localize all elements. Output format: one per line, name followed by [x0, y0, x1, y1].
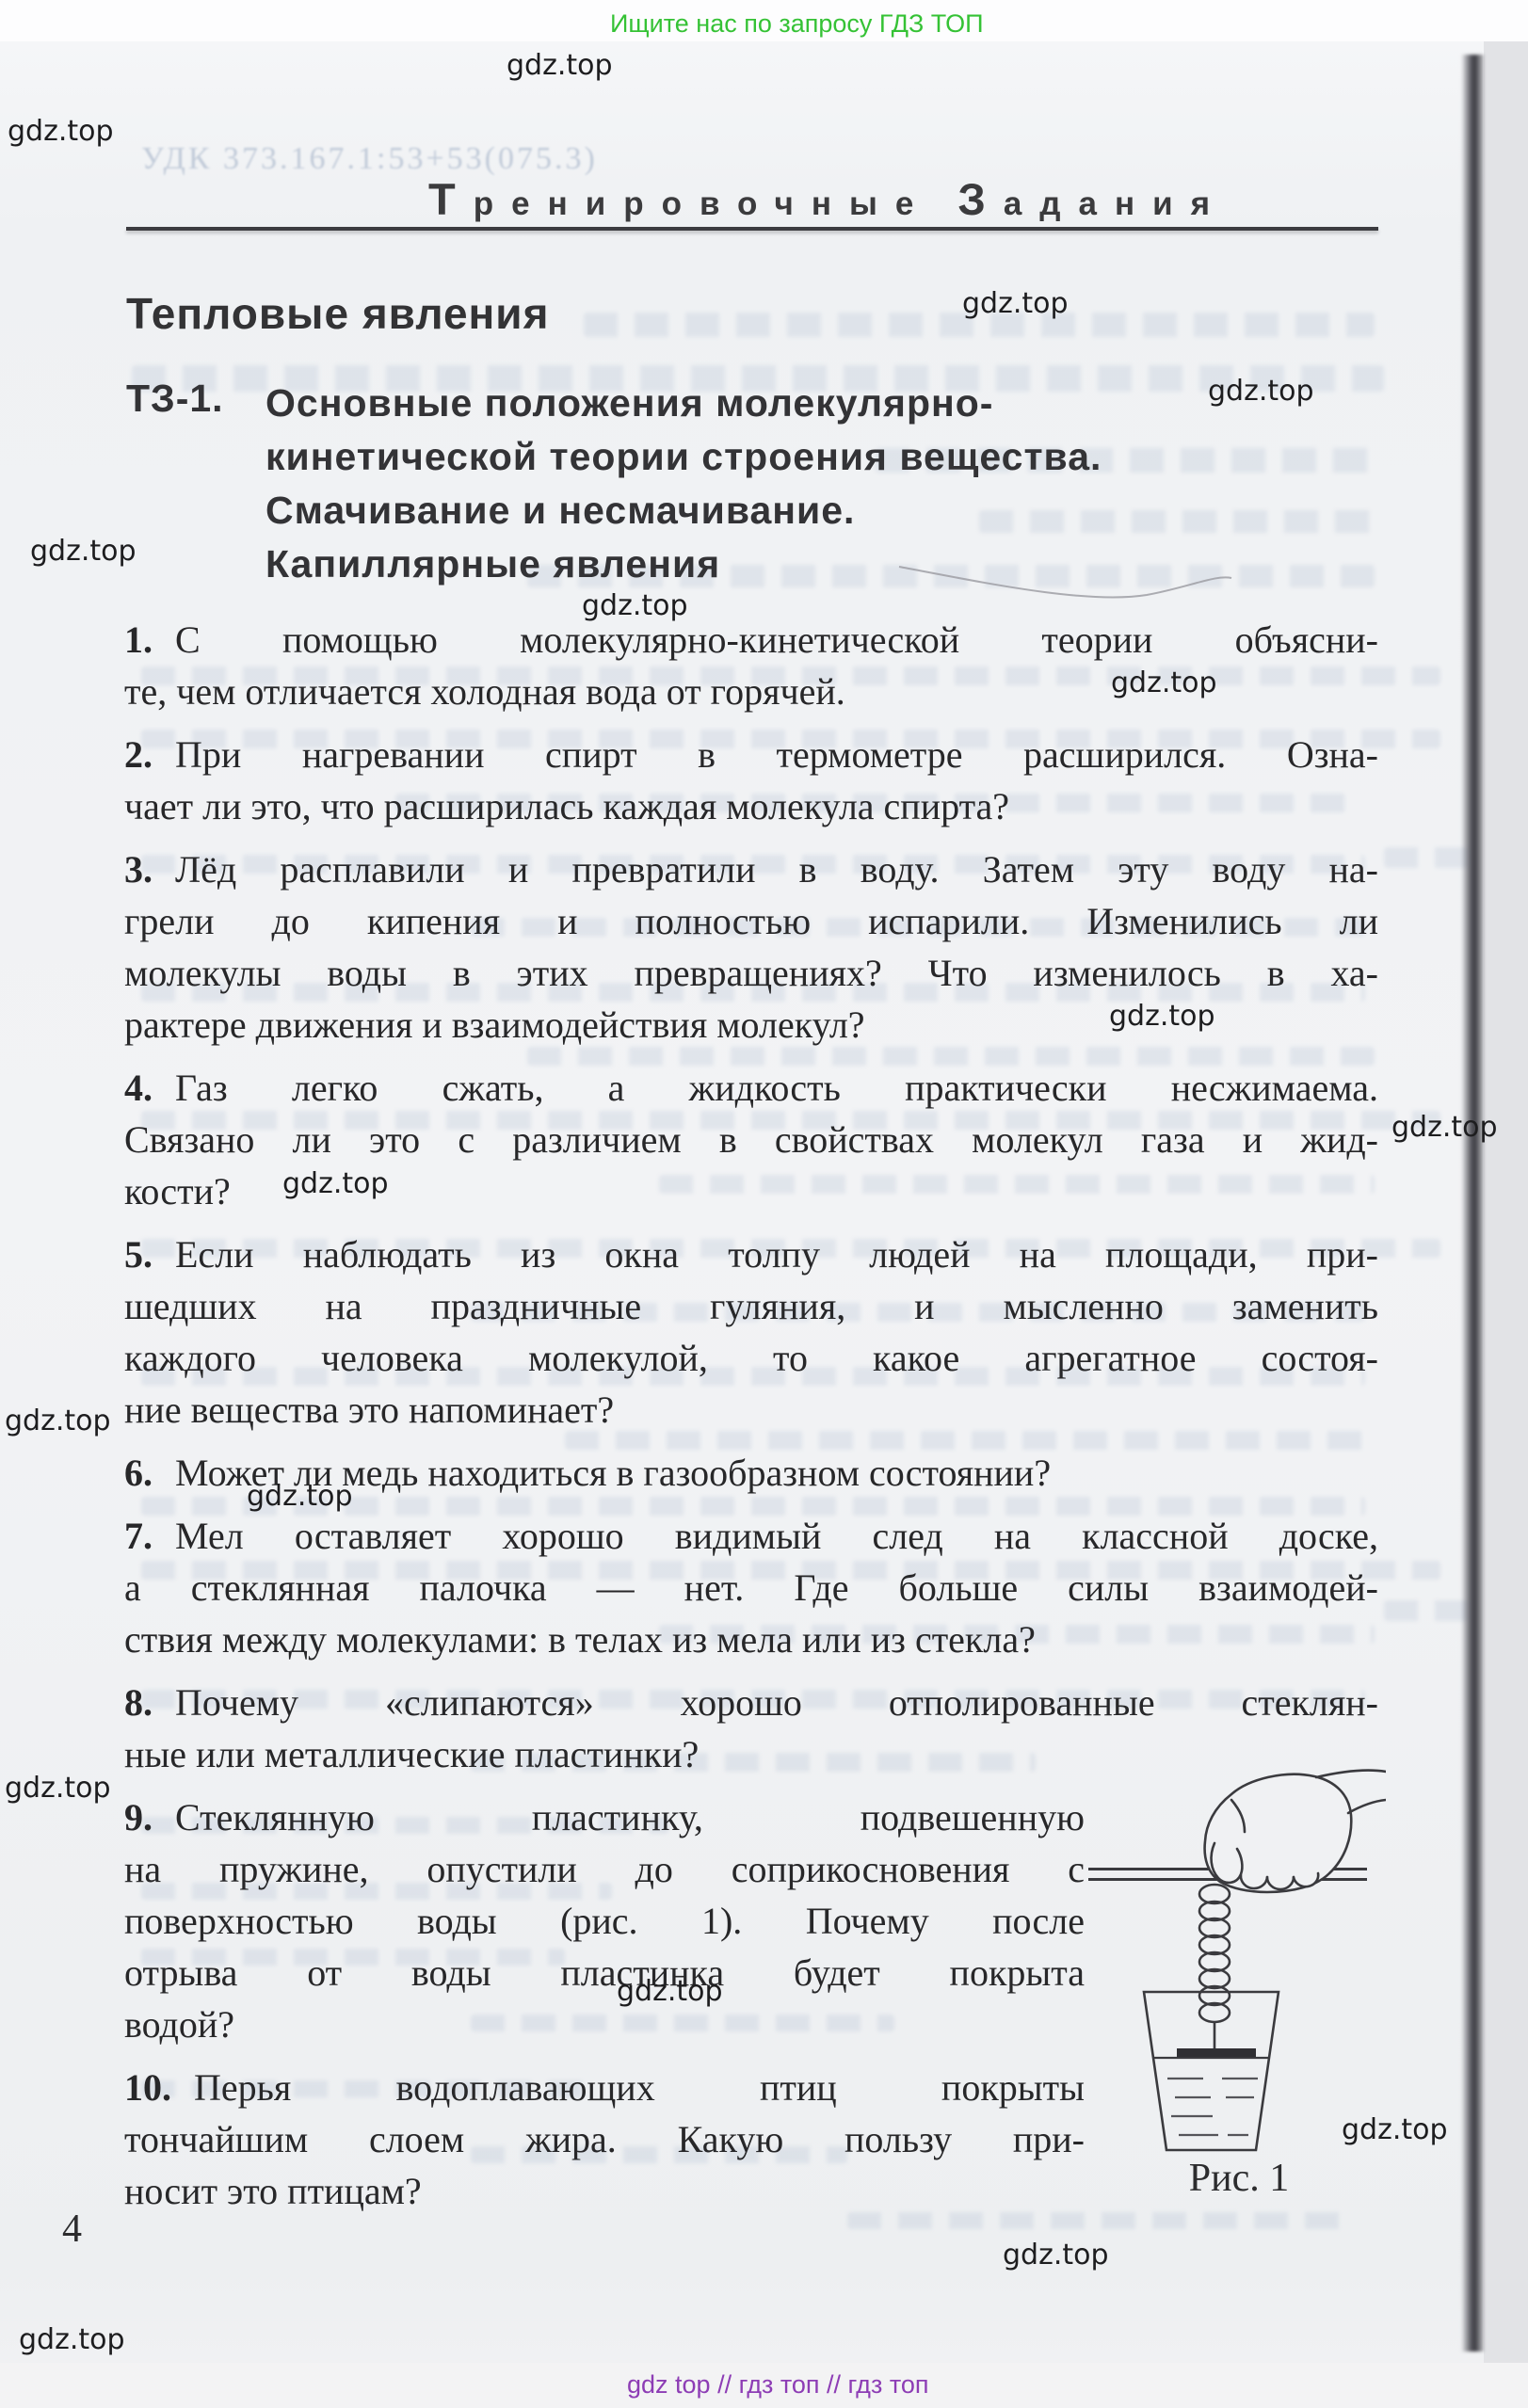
question-line: ствия между молекулами: в телах из мела …	[124, 1613, 1378, 1665]
question-5: 5.Если наблюдать из окна толпу людей на …	[124, 1228, 1378, 1436]
question-number: 1.	[124, 618, 175, 661]
question-line: молекулы воды в этих превращениях? Что и…	[124, 947, 1378, 999]
gdz-watermark: gdz.top	[582, 589, 688, 622]
gdz-watermark: gdz.top	[1003, 2239, 1109, 2272]
question-line: а стеклянная палочка — нет. Где больше с…	[124, 1562, 1378, 1613]
gdz-watermark: gdz.top	[1342, 2113, 1448, 2146]
book-edge-outer	[1484, 41, 1528, 2363]
question-line: 9.Стеклянную пластинку, подвешенную	[124, 1791, 1085, 1843]
header-initial-z: З	[957, 174, 1003, 224]
question-line: 8.Почему «слипаются» хорошо отполированн…	[124, 1677, 1378, 1728]
question-line: на пружине, опустили до соприкосновения …	[124, 1843, 1085, 1895]
page-header-title: ТренировочныеЗадания	[428, 173, 1228, 225]
question-number: 7.	[124, 1515, 175, 1557]
header-word1: ренировочные	[474, 185, 932, 222]
header-rule	[126, 227, 1378, 231]
question-number: 2.	[124, 733, 175, 776]
section-title: Тепловые явления	[126, 288, 549, 339]
question-7: 7.Мел оставляет хорошо видимый след на к…	[124, 1510, 1378, 1665]
question-9: 9.Стеклянную пластинку, подвешеннуюна пр…	[124, 1791, 1085, 2050]
question-number: 8.	[124, 1681, 175, 1724]
question-line: отрыва от воды пластинка будет покрыта	[124, 1947, 1085, 1999]
gdz-watermark: gdz.top	[1111, 666, 1217, 699]
question-line: Связано ли это с различием в свойствах м…	[124, 1114, 1378, 1165]
gdz-watermark: gdz.top	[1391, 1111, 1498, 1144]
gdz-watermark: gdz.top	[5, 1772, 111, 1805]
header-word2: адания	[1004, 185, 1228, 222]
question-line: водой?	[124, 1999, 1085, 2050]
question-line: 2.При нагревании спирт в термометре расш…	[124, 729, 1378, 780]
task-heading: ТЗ-1. Основные положения молекулярно- ки…	[126, 377, 1102, 591]
question-line: поверхностью воды (рис. 1). Почему после	[124, 1895, 1085, 1947]
question-line: 10.Перья водоплавающих птиц покрыты	[124, 2062, 1085, 2113]
promo-banner: Ищите нас по запросу ГДЗ ТОП	[610, 9, 984, 39]
promo-footer: gdz top // гдз топ // гдз топ	[627, 2370, 929, 2400]
question-10: 10.Перья водоплавающих птиц покрытытонча…	[124, 2062, 1085, 2217]
task-heading-text: Основные положения молекулярно- кинетиче…	[265, 377, 1102, 591]
page-number: 4	[62, 2207, 82, 2252]
gdz-watermark: gdz.top	[30, 535, 137, 568]
bleed-noise-stripe	[1384, 847, 1469, 868]
glass-icon	[1144, 1992, 1279, 2150]
scan-bottom-margin: gdz top // гдз топ // гдз топ	[0, 2363, 1528, 2408]
spring-icon	[1199, 1885, 1230, 2050]
question-line: ние вещества это напоминает?	[124, 1384, 1378, 1436]
bleed-noise-stripe	[1384, 1600, 1469, 1621]
page-scan: УДК 373.167.1:53+53(075.3) Тренировочные…	[0, 41, 1528, 2363]
gdz-watermark: gdz.top	[19, 2323, 125, 2356]
header-initial-t: Т	[428, 174, 474, 224]
question-line: 4.Газ легко сжать, а жидкость практическ…	[124, 1062, 1378, 1114]
question-number: 3.	[124, 848, 175, 891]
question-line: 1.С помощью молекулярно-кинетической тео…	[124, 614, 1378, 666]
question-line: 7.Мел оставляет хорошо видимый след на к…	[124, 1510, 1378, 1562]
gdz-watermark: gdz.top	[8, 115, 114, 148]
question-line: 3.Лёд расплавили и превратили в воду. За…	[124, 843, 1378, 895]
figure-caption: Рис. 1	[1164, 2156, 1314, 2201]
question-1: 1.С помощью молекулярно-кинетической тео…	[124, 614, 1378, 717]
gdz-watermark: gdz.top	[962, 287, 1069, 320]
gdz-watermark: gdz.top	[617, 1975, 723, 2008]
question-number: 6.	[124, 1452, 175, 1494]
task-number-label: ТЗ-1.	[126, 377, 265, 421]
gdz-watermark: gdz.top	[1208, 375, 1314, 408]
gdz-watermark: gdz.top	[282, 1167, 389, 1200]
scan-top-margin: Ищите нас по запросу ГДЗ ТОП	[0, 0, 1528, 41]
question-line: чает ли это, что расширилась каждая моле…	[124, 780, 1378, 832]
question-number: 5.	[124, 1233, 175, 1276]
gdz-watermark: gdz.top	[5, 1405, 111, 1437]
question-line: шедших на праздничные гуляния, и мысленн…	[124, 1280, 1378, 1332]
question-line: каждого человека молекулой, то какое агр…	[124, 1332, 1378, 1384]
gdz-watermark: gdz.top	[1109, 1000, 1215, 1033]
question-line: грели до кипения и полностью испарили. И…	[124, 895, 1378, 947]
question-number: 4.	[124, 1067, 175, 1109]
hand-icon	[1205, 1771, 1386, 1892]
question-line: 5.Если наблюдать из окна толпу людей на …	[124, 1228, 1378, 1280]
figure-drawing	[1073, 1762, 1386, 2212]
figure-ris-1: Рис. 1	[1073, 1762, 1386, 2212]
glass-plate-icon	[1177, 2048, 1256, 2057]
question-number: 9.	[124, 1796, 175, 1838]
question-number: 10.	[124, 2066, 194, 2109]
water-dashes	[1167, 2079, 1258, 2135]
question-2: 2.При нагревании спирт в термометре расш…	[124, 729, 1378, 832]
question-line: носит это птицам?	[124, 2165, 1085, 2217]
gdz-watermark: gdz.top	[507, 49, 613, 82]
bleed-udk-line: УДК 373.167.1:53+53(075.3)	[141, 141, 598, 177]
gdz-watermark: gdz.top	[247, 1480, 353, 1513]
question-line: тончайшим слоем жира. Какую пользу при-	[124, 2113, 1085, 2165]
book-edge-shadow	[1461, 55, 1484, 2352]
